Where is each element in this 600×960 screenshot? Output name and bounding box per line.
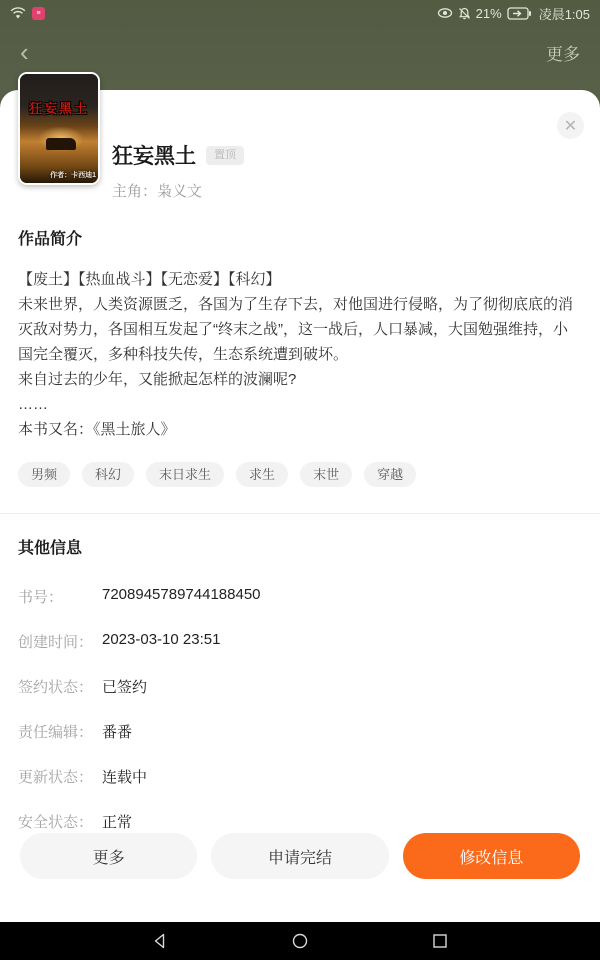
- info-label: 责任编辑：: [18, 721, 102, 742]
- pinned-badge: 置顶: [206, 146, 244, 165]
- battery-charging-icon: [507, 7, 531, 20]
- nav-back-icon[interactable]: [151, 932, 169, 950]
- intro-heading: 作品简介: [18, 226, 582, 249]
- book-title: 狂妄黑土: [112, 140, 196, 170]
- nav-home-icon[interactable]: [291, 932, 309, 950]
- info-value: 连载中: [102, 766, 147, 787]
- page-header: ‹ 更多: [0, 26, 600, 78]
- edit-info-button[interactable]: 修改信息: [403, 833, 580, 879]
- info-label: 书号：: [18, 586, 102, 607]
- request-completion-button[interactable]: 申请完结: [211, 833, 388, 879]
- more-button[interactable]: 更多: [20, 833, 197, 879]
- info-label: 创建时间：: [18, 631, 102, 652]
- info-label: 安全状态：: [18, 811, 102, 832]
- eye-comfort-icon: [437, 7, 453, 19]
- back-button[interactable]: ‹: [20, 39, 50, 65]
- info-value: 番番: [102, 721, 132, 742]
- header-more-button[interactable]: 更多: [546, 40, 580, 65]
- action-bar: 更多 申请完结 修改信息: [20, 833, 580, 879]
- intro-line: 未来世界，人类资源匮乏，各国为了生存下去，对他国进行侵略，为了彻彻底底的消灭敌对…: [18, 292, 582, 367]
- info-row-contract-status: 签约状态： 已签约: [18, 676, 582, 697]
- info-row-book-id: 书号： 7208945789744188450: [18, 586, 582, 607]
- book-detail-card: ✕ 狂妄黑土 作者：卡西迪1 狂妄黑土 置顶 主角：枭义文 作品简介 【废土】【…: [0, 90, 600, 922]
- nav-recents-icon[interactable]: [431, 932, 449, 950]
- section-divider: [0, 513, 600, 514]
- android-nav-bar: [0, 922, 600, 960]
- book-cover[interactable]: 狂妄黑土 作者：卡西迪1: [18, 72, 100, 185]
- status-bar: ≡ 21% 凌晨1:05: [0, 0, 600, 26]
- other-info-list: 书号： 7208945789744188450 创建时间： 2023-03-10…: [0, 558, 600, 832]
- intro-line: 来自过去的少年，又能掀起怎样的波澜呢?: [18, 367, 582, 392]
- info-value: 正常: [102, 811, 132, 832]
- status-time: 凌晨1:05: [539, 4, 590, 23]
- book-header: 狂妄黑土 作者：卡西迪1 狂妄黑土 置顶 主角：枭义文: [0, 90, 600, 196]
- battery-percentage: 21%: [476, 6, 502, 21]
- tag-chip[interactable]: 求生: [236, 462, 288, 487]
- notification-app-icon: ≡: [32, 7, 45, 20]
- info-value: 已签约: [102, 676, 147, 697]
- tag-list: 男频 科幻 末日求生 求生 末世 穿越: [0, 462, 600, 487]
- tag-chip[interactable]: 末日求生: [146, 462, 224, 487]
- cover-author-text: 作者：卡西迪1: [50, 170, 96, 180]
- other-info-heading: 其他信息: [18, 535, 582, 558]
- intro-body: 【废土】【热血战斗】【无恋爱】【科幻】 未来世界，人类资源匮乏，各国为了生存下去…: [18, 267, 582, 442]
- book-protagonist: 主角：枭义文: [112, 180, 600, 201]
- tag-chip[interactable]: 穿越: [364, 462, 416, 487]
- mute-bell-icon: [458, 7, 471, 20]
- intro-line: 本书又名：《黑土旅人》: [18, 417, 582, 442]
- info-label: 更新状态：: [18, 766, 102, 787]
- intro-line: ……: [18, 392, 582, 417]
- cover-title-text: 狂妄黑土: [20, 98, 98, 117]
- info-row-update-status: 更新状态： 连载中: [18, 766, 582, 787]
- info-label: 签约状态：: [18, 676, 102, 697]
- info-row-safety-status: 安全状态： 正常: [18, 811, 582, 832]
- info-value: 2023-03-10 23:51: [102, 631, 220, 652]
- tag-chip[interactable]: 末世: [300, 462, 352, 487]
- info-row-editor: 责任编辑： 番番: [18, 721, 582, 742]
- tag-chip[interactable]: 男频: [18, 462, 70, 487]
- intro-line: 【废土】【热血战斗】【无恋爱】【科幻】: [18, 267, 582, 292]
- info-row-created-time: 创建时间： 2023-03-10 23:51: [18, 631, 582, 652]
- tag-chip[interactable]: 科幻: [82, 462, 134, 487]
- wifi-icon: [10, 7, 26, 20]
- info-value: 7208945789744188450: [102, 586, 261, 607]
